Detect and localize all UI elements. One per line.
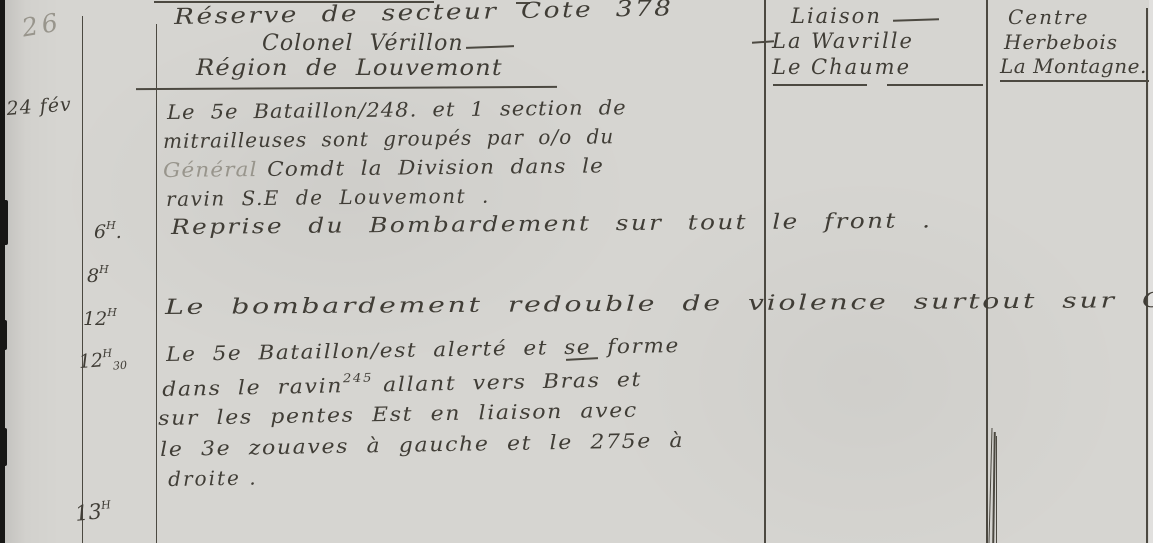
time-13h-hour: 13 xyxy=(74,499,103,526)
centre-title: Centre xyxy=(1008,7,1089,27)
centre-place-1: Herbebois xyxy=(1004,32,1118,52)
margin-rule-right xyxy=(156,24,157,543)
time-12h30-hour: 12 xyxy=(78,349,104,373)
column-divider-liaison xyxy=(764,0,766,543)
time-12h30: 12H30 xyxy=(78,347,127,374)
entry-12h30-line-4: le 3e zouaves à gauche et le 275e à xyxy=(160,430,684,459)
entry-12h30-line-3: sur les pentes Est en liaison avec xyxy=(158,400,638,428)
entry-6h-text: Reprise du Bombardement sur tout le fron… xyxy=(171,210,932,238)
entry-12h30-line-1: Le 5e Bataillon/est alerté et se forme xyxy=(166,335,680,364)
time-12h-hour: 12 xyxy=(83,308,107,330)
entry-24fev-line-3-faint-word: Général xyxy=(163,157,258,182)
entry-12h30-line-2b: allant vers Bras et xyxy=(383,367,642,396)
time-13h: 13H xyxy=(74,499,112,525)
ravine-number-superscript: 245 xyxy=(343,371,373,386)
entry-12h30-line-2a: dans le ravin xyxy=(162,373,343,401)
time-6h-dot: . xyxy=(116,221,122,243)
header-commander: Colonel Vérillon xyxy=(262,33,464,55)
scan-edge-blot xyxy=(3,200,8,245)
liaison-place-1: La Wavrille xyxy=(772,31,914,52)
time-12h30-minutes: 30 xyxy=(113,359,128,373)
entry-12h-text: Le bombardement redouble de violence sur… xyxy=(165,289,1153,318)
entry-24fev-line-2: mitrailleuses sont groupés par o/o du xyxy=(163,126,614,151)
journal-page: 26 24 fév Réserve de secteur Cote 378 Co… xyxy=(0,0,1153,543)
scan-edge-blot xyxy=(3,320,7,350)
time-12h30-unit: H xyxy=(102,347,112,361)
montagne-underline xyxy=(1000,80,1149,82)
time-8h: 8H xyxy=(87,264,109,286)
time-8h-hour: 8 xyxy=(87,265,99,287)
time-12h-unit: H xyxy=(107,306,117,319)
header-underline xyxy=(136,86,557,90)
pen-retrace-stroke xyxy=(996,436,997,543)
entry-24fev-line-1: Le 5e Bataillon/248. et 1 section de xyxy=(167,97,627,122)
time-8h-unit: H xyxy=(99,263,109,276)
verillon-flourish-dash xyxy=(466,45,514,49)
centre-place-2: La Montagne. xyxy=(1000,56,1147,76)
margin-rule-left xyxy=(82,16,83,543)
entry-24fev-line-4: ravin S.E de Louvemont . xyxy=(166,186,490,209)
time-6h-hour: 6 xyxy=(94,221,106,243)
liaison-flourish-dash xyxy=(893,18,939,22)
wavrille-dash xyxy=(752,40,774,44)
page-border-right xyxy=(1146,8,1148,543)
chaume-underline-2 xyxy=(887,84,983,86)
folio-number: 26 xyxy=(20,9,64,41)
liaison-title: Liaison xyxy=(791,6,882,27)
chaume-underline-1 xyxy=(773,84,867,86)
page-edge-highlight xyxy=(1149,0,1153,543)
liaison-place-2: Le Chaume xyxy=(772,57,911,78)
column-divider-centre xyxy=(986,0,988,543)
time-12h: 12H xyxy=(83,307,117,329)
entry-date: 24 fév xyxy=(6,95,72,119)
time-6h-unit: H xyxy=(106,219,116,232)
scan-edge-blot xyxy=(3,428,7,466)
entry-24fev-line-3-rest: Comdt la Division dans le xyxy=(267,153,604,181)
header-sector: Réserve de secteur Cote 378 xyxy=(174,0,674,29)
entry-12h30-line-2: dans le ravin245allant vers Bras et xyxy=(162,366,642,399)
time-13h-unit: H xyxy=(100,498,111,512)
header-region: Région de Louvemont xyxy=(196,58,503,80)
time-6h: 6H. xyxy=(94,220,122,242)
entry-12h30-line-5: droite . xyxy=(168,467,258,489)
entry-24fev-line-3: GénéralComdt la Division dans le xyxy=(163,155,604,180)
